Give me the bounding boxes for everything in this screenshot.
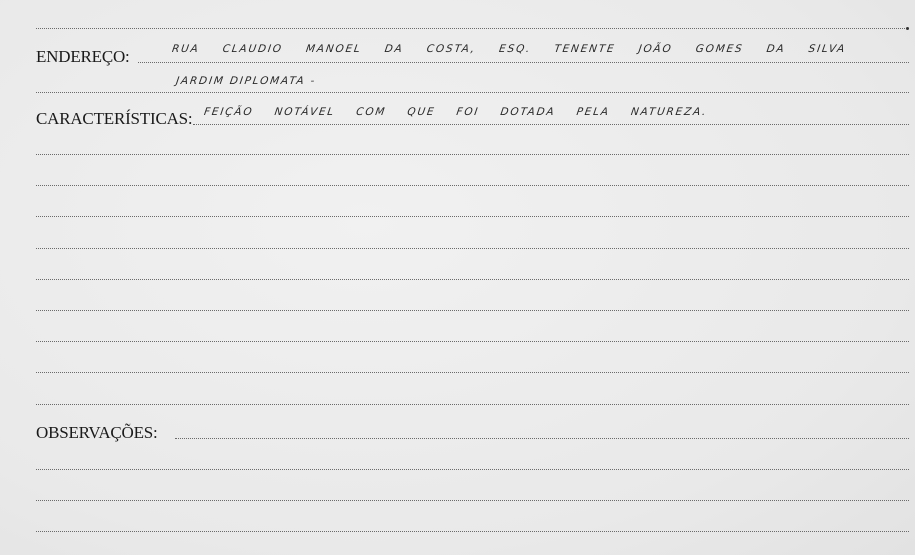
characteristics-line-4[interactable]: [36, 216, 909, 217]
characteristics-line-9[interactable]: [36, 372, 909, 373]
characteristics-line-3[interactable]: [36, 185, 909, 186]
address-label: ENDEREÇO:: [36, 47, 130, 67]
characteristics-line-7[interactable]: [36, 310, 909, 311]
observations-line-1[interactable]: [175, 438, 909, 439]
characteristics-line-1[interactable]: [193, 124, 909, 125]
observations-line-2[interactable]: [36, 469, 909, 470]
form-page: ENDEREÇO: RUA CLAUDIO MANOEL DA COSTA, E…: [0, 0, 915, 555]
stray-mark: [906, 27, 909, 30]
address-line-2[interactable]: [36, 92, 909, 93]
observations-line-4[interactable]: [36, 531, 909, 532]
characteristics-line-10[interactable]: [36, 404, 909, 405]
characteristics-line-5[interactable]: [36, 248, 909, 249]
characteristics-line-8[interactable]: [36, 341, 909, 342]
address-line-1[interactable]: [138, 62, 909, 63]
characteristics-label: CARACTERÍSTICAS:: [36, 109, 192, 129]
characteristics-value-line-1: FEIÇÃO NOTÁVEL COM QUE FOI DOTADA PELA N…: [203, 106, 708, 118]
observations-line-3[interactable]: [36, 500, 909, 501]
characteristics-line-2[interactable]: [36, 154, 909, 155]
ruled-line: [36, 28, 905, 29]
address-value-line-2: JARDIM DIPLOMATA -: [175, 75, 317, 87]
observations-label: OBSERVAÇÕES:: [36, 423, 158, 443]
characteristics-line-6[interactable]: [36, 279, 909, 280]
address-value-line-1: RUA CLAUDIO MANOEL DA COSTA, ESQ. TENENT…: [171, 43, 847, 55]
